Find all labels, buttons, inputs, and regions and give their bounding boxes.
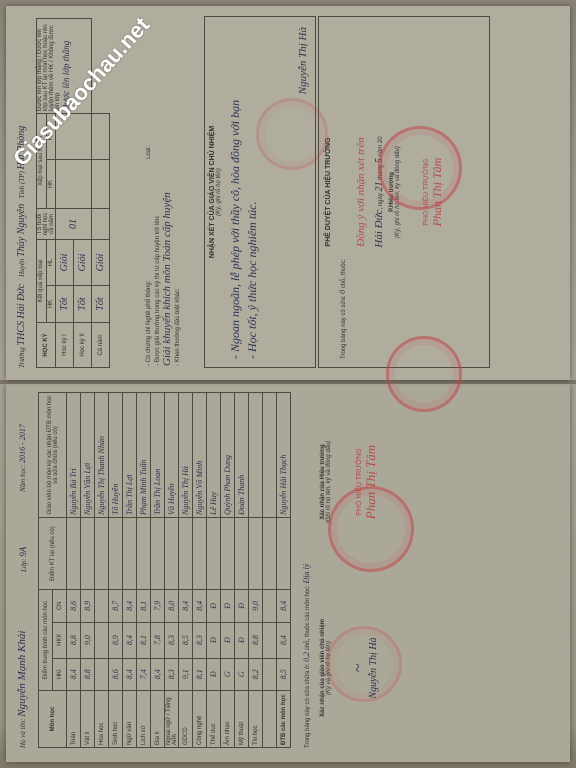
cn-score: 8,4 [179, 590, 193, 622]
teacher-signature: Quỳnh Phan Dung [221, 393, 235, 518]
hk2-score: 7,8 [151, 622, 165, 658]
table-row: GDCD9,18,58,4Nguyễn Thị Hà [179, 393, 193, 748]
hk1-average: 8,5 [277, 658, 291, 690]
subject: Công nghệ [193, 691, 207, 748]
cn-score: 8,4 [193, 590, 207, 622]
teacher-signature [263, 393, 277, 518]
table-row: Vật lí8,89,08,9Nguyễn Văn Lợi [81, 393, 95, 748]
class-value: 9A [18, 547, 28, 557]
corrections-subject: Địa lý [302, 564, 311, 584]
homeroom-stamp [326, 626, 402, 702]
cn-score [263, 590, 277, 622]
certificate-label: - Có chứng chỉ Nghề phổ thông: [146, 281, 152, 366]
hk2-score: 8,9 [109, 622, 123, 658]
corrections-line: Trong bảng này có sửa chữa ở: 0,2 chỗ, t… [302, 392, 311, 748]
teacher-signature: Tô Huyền [109, 393, 123, 518]
hk1-score: 8,6 [109, 658, 123, 690]
retest-score [179, 518, 193, 590]
col-cn: CN [53, 590, 67, 622]
student-name: Nguyễn Mạnh Khải [16, 631, 28, 717]
hk1-score: 8,8 [81, 658, 95, 690]
principal-corrections-label: Trong bảng này có sửa: [341, 296, 347, 360]
principal-decision: Đồng ý với nhận xét trên [355, 17, 367, 367]
hk2-score: 8,3 [193, 622, 207, 658]
cn-score [95, 590, 109, 622]
teacher-signature: Vũ Huyền [165, 393, 179, 518]
hk2-score: Đ [221, 622, 235, 658]
report-card-photo: Họ và tên: Nguyễn Mạnh Khải Lớp: 9A Năm … [0, 0, 576, 768]
subject: Sinh học [109, 691, 123, 748]
comment-line-1: - Ngoan ngoãn, lễ phép với thầy cô, hòa … [228, 25, 243, 359]
hk1-score: 8,3 [165, 658, 179, 690]
subject: Thể dục [207, 691, 221, 748]
table-row: Hóa họcNguyễn Thị Thanh Nhàn [95, 393, 109, 748]
cn-score: Đ [235, 590, 249, 622]
hk2-average: 8,4 [277, 622, 291, 658]
subject: Ngoại ngữ / Tiếng Anh [165, 691, 179, 748]
grades-table: Môn học Điểm trung bình các môn học Điểm… [38, 392, 291, 748]
table-row: Lịch sử7,48,18,1Phạm Minh Tuấn [137, 393, 151, 748]
retest-score [207, 518, 221, 590]
year-label: Năm học: [19, 465, 27, 492]
table-row: Âm nhạcGĐĐQuỳnh Phan Dung [221, 393, 235, 748]
hk2-score: 8,5 [179, 622, 193, 658]
teacher-signature: Nguyễn Hải Thạch [277, 393, 291, 518]
retest-score [95, 518, 109, 590]
certificate-rank-label: Loại: [146, 146, 152, 159]
school-stamp [328, 486, 414, 572]
cn-score: 8,1 [137, 590, 151, 622]
year-value: 2016 - 2017 [18, 424, 27, 463]
principal-corrections-count: 0 [338, 290, 347, 294]
subject: Âm nhạc [221, 691, 235, 748]
name-label: Họ và tên: [19, 718, 27, 748]
col-retest: Điểm KT lại (nếu có) [39, 518, 67, 590]
certificate-line: - Có chứng chỉ Nghề phổ thông: Loại: [146, 20, 152, 366]
subject [263, 691, 277, 748]
retest-score [81, 518, 95, 590]
teacher-signature: Lê Huy [207, 393, 221, 518]
special-award-label: - Khen thưởng đặc biệt khác: [175, 20, 181, 366]
table-row: Toán8,48,88,6Nguyễn Bá Trí [67, 393, 81, 748]
teacher-signature: Phạm Minh Tuấn [137, 393, 151, 518]
hk1-score: 8,1 [193, 658, 207, 690]
table-row: Tin học8,28,89,0 [249, 393, 263, 748]
hk1-score: 7,4 [137, 658, 151, 690]
cn-score: 8,7 [109, 590, 123, 622]
school-stamp [378, 126, 462, 210]
teacher-signature: Nguyễn Thị Hà [179, 393, 193, 518]
hk1-score: 8,4 [151, 658, 165, 690]
principal-date-line: Hải Đức, ngày 21 tháng 5 năm 20 [373, 17, 385, 367]
table-row: Ngữ văn8,48,48,4Trần Thị Lợi [123, 393, 137, 748]
retest-score [249, 518, 263, 590]
class-label: Lớp: [20, 559, 28, 572]
table-row: Địa lí8,47,87,9Trần Thị Loan [151, 393, 165, 748]
hk2-score: Đ [207, 622, 221, 658]
hk1-score [263, 658, 277, 690]
hk1-score: 8,2 [249, 658, 263, 690]
principal-corrections-line: Trong bảng này có sửa: 0 chỗ, thuộc: [338, 25, 347, 359]
subject: Ngữ văn [123, 691, 137, 748]
average-row: ĐTB các môn học8,58,48,4Nguyễn Hải Thạch [277, 393, 291, 748]
retest-score [137, 518, 151, 590]
hk1-score [95, 658, 109, 690]
retest-score [67, 518, 81, 590]
hk2-score: 8,8 [249, 622, 263, 658]
subject: Mỹ thuật [235, 691, 249, 748]
cn-score: Đ [221, 590, 235, 622]
col-group-average: Điểm trung bình các môn học [39, 590, 53, 691]
book-spine [0, 380, 576, 384]
province-label: Tỉnh (TP) [18, 171, 26, 198]
principal-approval-title: PHÊ DUYỆT CỦA HIỆU TRƯỞNG [325, 17, 332, 367]
teacher-signature: Trần Thị Loan [151, 393, 165, 518]
school-year-line: Năm học: 2016 - 2017 [18, 424, 27, 492]
class-line: Lớp: 9A [18, 547, 28, 572]
homeroom-signer: Nguyễn Thị Hà [297, 27, 309, 94]
hk1-score: 9,1 [179, 658, 193, 690]
hk2-score [95, 622, 109, 658]
hk1-score: G [221, 658, 235, 690]
teacher-signature: Nguyễn Thị Thanh Nhàn [95, 393, 109, 518]
corrections-label: Trong bảng này có sửa chữa ở: [305, 664, 311, 748]
homeroom-comment-box: NHẬN XÉT CỦA GIÁO VIÊN CHỦ NHIỆM (Ký, gh… [204, 16, 316, 368]
table-row [263, 393, 277, 748]
table-row: Thể dụcĐĐĐLê Huy [207, 393, 221, 748]
award-value: Giải khuyến khích môn Toán cấp huyện [161, 20, 173, 366]
retest-score [221, 518, 235, 590]
table-row: Sinh học8,68,98,7Tô Huyền [109, 393, 123, 748]
school-value: THCS Hải Đức [16, 284, 27, 346]
cn-score: 9,0 [249, 590, 263, 622]
date-place: Hải Đức [373, 210, 385, 248]
teacher-signature: Đoàn Thanh [235, 393, 249, 518]
homeroom-comment-title: NHẬN XÉT CỦA GIÁO VIÊN CHỦ NHIỆM [209, 17, 216, 367]
grades-header-row: Môn học Điểm trung bình các môn học Điểm… [39, 393, 53, 748]
col-hk2: HKII [53, 622, 67, 658]
hk1-score: G [235, 658, 249, 690]
teacher-signature [249, 393, 263, 518]
cn-score: 8,6 [67, 590, 81, 622]
grades-page: Họ và tên: Nguyễn Mạnh Khải Lớp: 9A Năm … [6, 384, 570, 762]
teacher-signature: Nguyễn Bá Trí [67, 393, 81, 518]
subject: Vật lí [81, 691, 95, 748]
district-value: Thủy Nguyên [16, 204, 27, 257]
table-row: Mỹ thuậtGĐĐĐoàn Thanh [235, 393, 249, 748]
cn-score: 8,4 [123, 590, 137, 622]
cn-score: 8,0 [165, 590, 179, 622]
hk1-score: Đ [207, 658, 221, 690]
teacher-signature: Nguyễn Võ Minh [193, 393, 207, 518]
subject: GDCD [179, 691, 193, 748]
hk1-score: 8,4 [123, 658, 137, 690]
table-row: Công nghệ8,18,38,4Nguyễn Võ Minh [193, 393, 207, 748]
hk2-score: 8,8 [67, 622, 81, 658]
retest-score [263, 518, 277, 590]
retest-score [165, 518, 179, 590]
teacher-signature: Trần Thị Lợi [123, 393, 137, 518]
col-subject: Môn học [39, 691, 67, 748]
comment-line-2: - Học tốt, ý thức học nghiêm túc. [245, 25, 260, 359]
subject: ĐTB các môn học [277, 691, 291, 748]
subject: Lịch sử [137, 691, 151, 748]
hk2-score: 8,4 [123, 622, 137, 658]
homeroom-comment-subtitle: (Ký, ghi rõ họ tên) [216, 17, 222, 367]
teacher-signature: Nguyễn Văn Lợi [81, 393, 95, 518]
corrections-count: 0,2 [302, 652, 311, 662]
hk2-score: 8,1 [137, 622, 151, 658]
corrections-suffix: chỗ, thuộc các môn học: [305, 585, 311, 650]
retest-average [277, 518, 291, 590]
table-row: Ngoại ngữ / Tiếng Anh8,38,38,0Vũ Huyền [165, 393, 179, 748]
school-label: Trường [18, 347, 26, 368]
hk2-score: 8,3 [165, 622, 179, 658]
student-name-line: Họ và tên: Nguyễn Mạnh Khải [16, 631, 28, 748]
spine-stamp [386, 336, 462, 412]
retest-score [193, 518, 207, 590]
principal-corrections-suffix: chỗ, thuộc: [341, 259, 347, 288]
retest-score [123, 518, 137, 590]
hk1-score: 8,4 [67, 658, 81, 690]
retest-score [109, 518, 123, 590]
cn-score: Đ [207, 590, 221, 622]
subject: Tin học [249, 691, 263, 748]
col-teacher: Giáo viên bộ môn ký xác nhận ĐTB môn học… [39, 393, 67, 518]
district-label: Huyện [18, 259, 26, 277]
retest-score [235, 518, 249, 590]
subject: Địa lí [151, 691, 165, 748]
hk2-score: Đ [235, 622, 249, 658]
hk2-score: 9,0 [81, 622, 95, 658]
faint-stamp [256, 98, 328, 170]
subject: Toán [67, 691, 81, 748]
subject: Hóa học [95, 691, 109, 748]
cn-score: 7,9 [151, 590, 165, 622]
col-hk1: HKI [53, 658, 67, 690]
cn-average: 8,4 [277, 590, 291, 622]
cn-score: 8,9 [81, 590, 95, 622]
notes-section: - Có chứng chỉ Nghề phổ thông: Loại: - Đ… [146, 20, 181, 366]
retest-score [151, 518, 165, 590]
hk2-score [263, 622, 277, 658]
